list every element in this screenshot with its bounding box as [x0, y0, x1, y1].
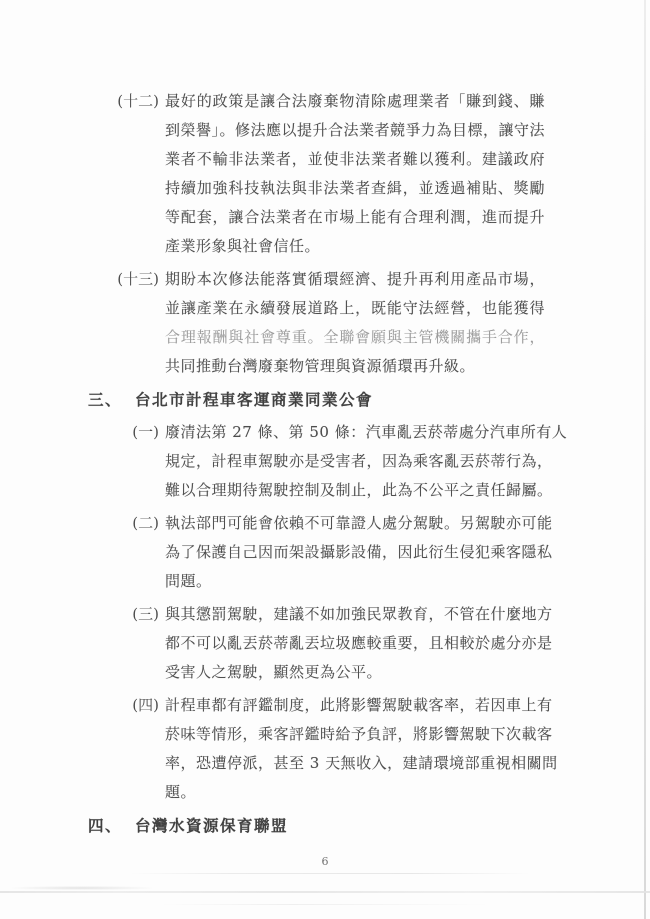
- page-number: 6: [0, 855, 650, 868]
- paragraph-item-3: (三) 與其懲罰駕駛，建議不如加強民眾教育，不管在什麼地方 都不可以亂丟菸蒂亂丟…: [0, 600, 545, 687]
- heading-text: 台北市計程車客運商業同業公會: [135, 390, 373, 409]
- text-line: 期盼本次修法能落實循環經濟、提升再利用產品市場，: [165, 265, 545, 294]
- text-line: 並讓產業在永續發展道路上，既能守法經營，也能獲得: [165, 294, 545, 323]
- text-line: 共同推動台灣廢棄物管理與資源循環再升級。: [165, 352, 545, 381]
- item-label: (一): [95, 418, 159, 447]
- text-line: 都不可以亂丟菸蒂亂丟垃圾應較重要，且相較於處分亦是: [165, 629, 545, 658]
- text-line: 廢清法第 27 條、第 50 條：汽車亂丟菸蒂處分汽車所有人: [165, 418, 545, 447]
- text-line: 受害人之駕駛，顯然更為公平。: [165, 658, 545, 687]
- heading-number: 四、: [88, 816, 122, 835]
- paragraph-item-13: (十三) 期盼本次修法能落實循環經濟、提升再利用產品市場， 並讓產業在永續發展道…: [0, 265, 545, 381]
- text-line: 規定，計程車駕駛亦是受害者，因為乘客亂丟菸蒂行為，: [165, 447, 545, 476]
- text-line: 等配套，讓合法業者在市場上能有合理利潤，進而提升: [165, 203, 545, 232]
- scan-artifact-streak: [0, 891, 650, 893]
- paragraph-item-4: (四) 計程車都有評鑑制度，此將影響駕駛載客率，若因車上有 菸味等情形，乘客評鑑…: [0, 691, 545, 807]
- text-line: 產業形象與社會信任。: [165, 232, 545, 261]
- text-line: 題。: [165, 778, 545, 807]
- scan-artifact-streak: [130, 873, 530, 874]
- heading-number: 三、: [88, 390, 122, 409]
- section-heading-4-taiwan-water-resources-alliance: 四、台灣水資源保育聯盟: [88, 811, 650, 840]
- scan-artifact-streak: [160, 904, 490, 905]
- text-line: 菸味等情形，乘客評鑑時給予負評，將影響駕駛下次載客: [165, 720, 545, 749]
- text-line: 問題。: [165, 567, 545, 596]
- paragraph-item-2: (二) 執法部門可能會依賴不可靠證人處分駕駛。另駕駛亦可能 為了保護自己因而架設…: [0, 509, 545, 596]
- scan-artifact-smudge: [12, 886, 152, 890]
- document-body: (十二) 最好的政策是讓合法廢棄物清除處理業者「賺到錢、賺 到榮譽」。修法應以提…: [0, 87, 650, 844]
- scan-edge-right: [644, 0, 646, 919]
- text-line: 執法部門可能會依賴不可靠證人處分駕駛。另駕駛亦可能: [165, 509, 545, 538]
- section-heading-3-taipei-taxi-association: 三、台北市計程車客運商業同業公會: [88, 385, 650, 414]
- text-line: 為了保護自己因而架設攝影設備，因此衍生侵犯乘客隱私: [165, 538, 545, 567]
- text-line: 與其懲罰駕駛，建議不如加強民眾教育，不管在什麼地方: [165, 600, 545, 629]
- text-line: 難以合理期待駕駛控制及制止，此為不公平之責任歸屬。: [165, 476, 545, 505]
- text-line-faded: 合理報酬與社會尊重。全聯會願與主管機關攜手合作，: [165, 323, 545, 352]
- item-label: (十三): [95, 265, 159, 294]
- item-label: (十二): [95, 87, 159, 116]
- text-line: 到榮譽」。修法應以提升合法業者競爭力為目標，讓守法: [165, 116, 545, 145]
- text-line: 計程車都有評鑑制度，此將影響駕駛載客率，若因車上有: [165, 691, 545, 720]
- heading-text: 台灣水資源保育聯盟: [135, 816, 288, 835]
- scanned-document-page: (十二) 最好的政策是讓合法廢棄物清除處理業者「賺到錢、賺 到榮譽」。修法應以提…: [0, 0, 650, 919]
- paragraph-item-12: (十二) 最好的政策是讓合法廢棄物清除處理業者「賺到錢、賺 到榮譽」。修法應以提…: [0, 87, 545, 261]
- text-line: 率，恐遭停派，甚至 3 天無收入，建請環境部重視相關問: [165, 749, 545, 778]
- item-label: (三): [95, 600, 159, 629]
- text-line: 持續加強科技執法與非法業者查緝，並透過補貼、獎勵: [165, 174, 545, 203]
- text-line: 最好的政策是讓合法廢棄物清除處理業者「賺到錢、賺: [165, 87, 545, 116]
- item-label: (四): [95, 691, 159, 720]
- text-line: 業者不輸非法業者，並使非法業者難以獲利。建議政府: [165, 145, 545, 174]
- paragraph-item-1: (一) 廢清法第 27 條、第 50 條：汽車亂丟菸蒂處分汽車所有人 規定，計程…: [0, 418, 545, 505]
- item-label: (二): [95, 509, 159, 538]
